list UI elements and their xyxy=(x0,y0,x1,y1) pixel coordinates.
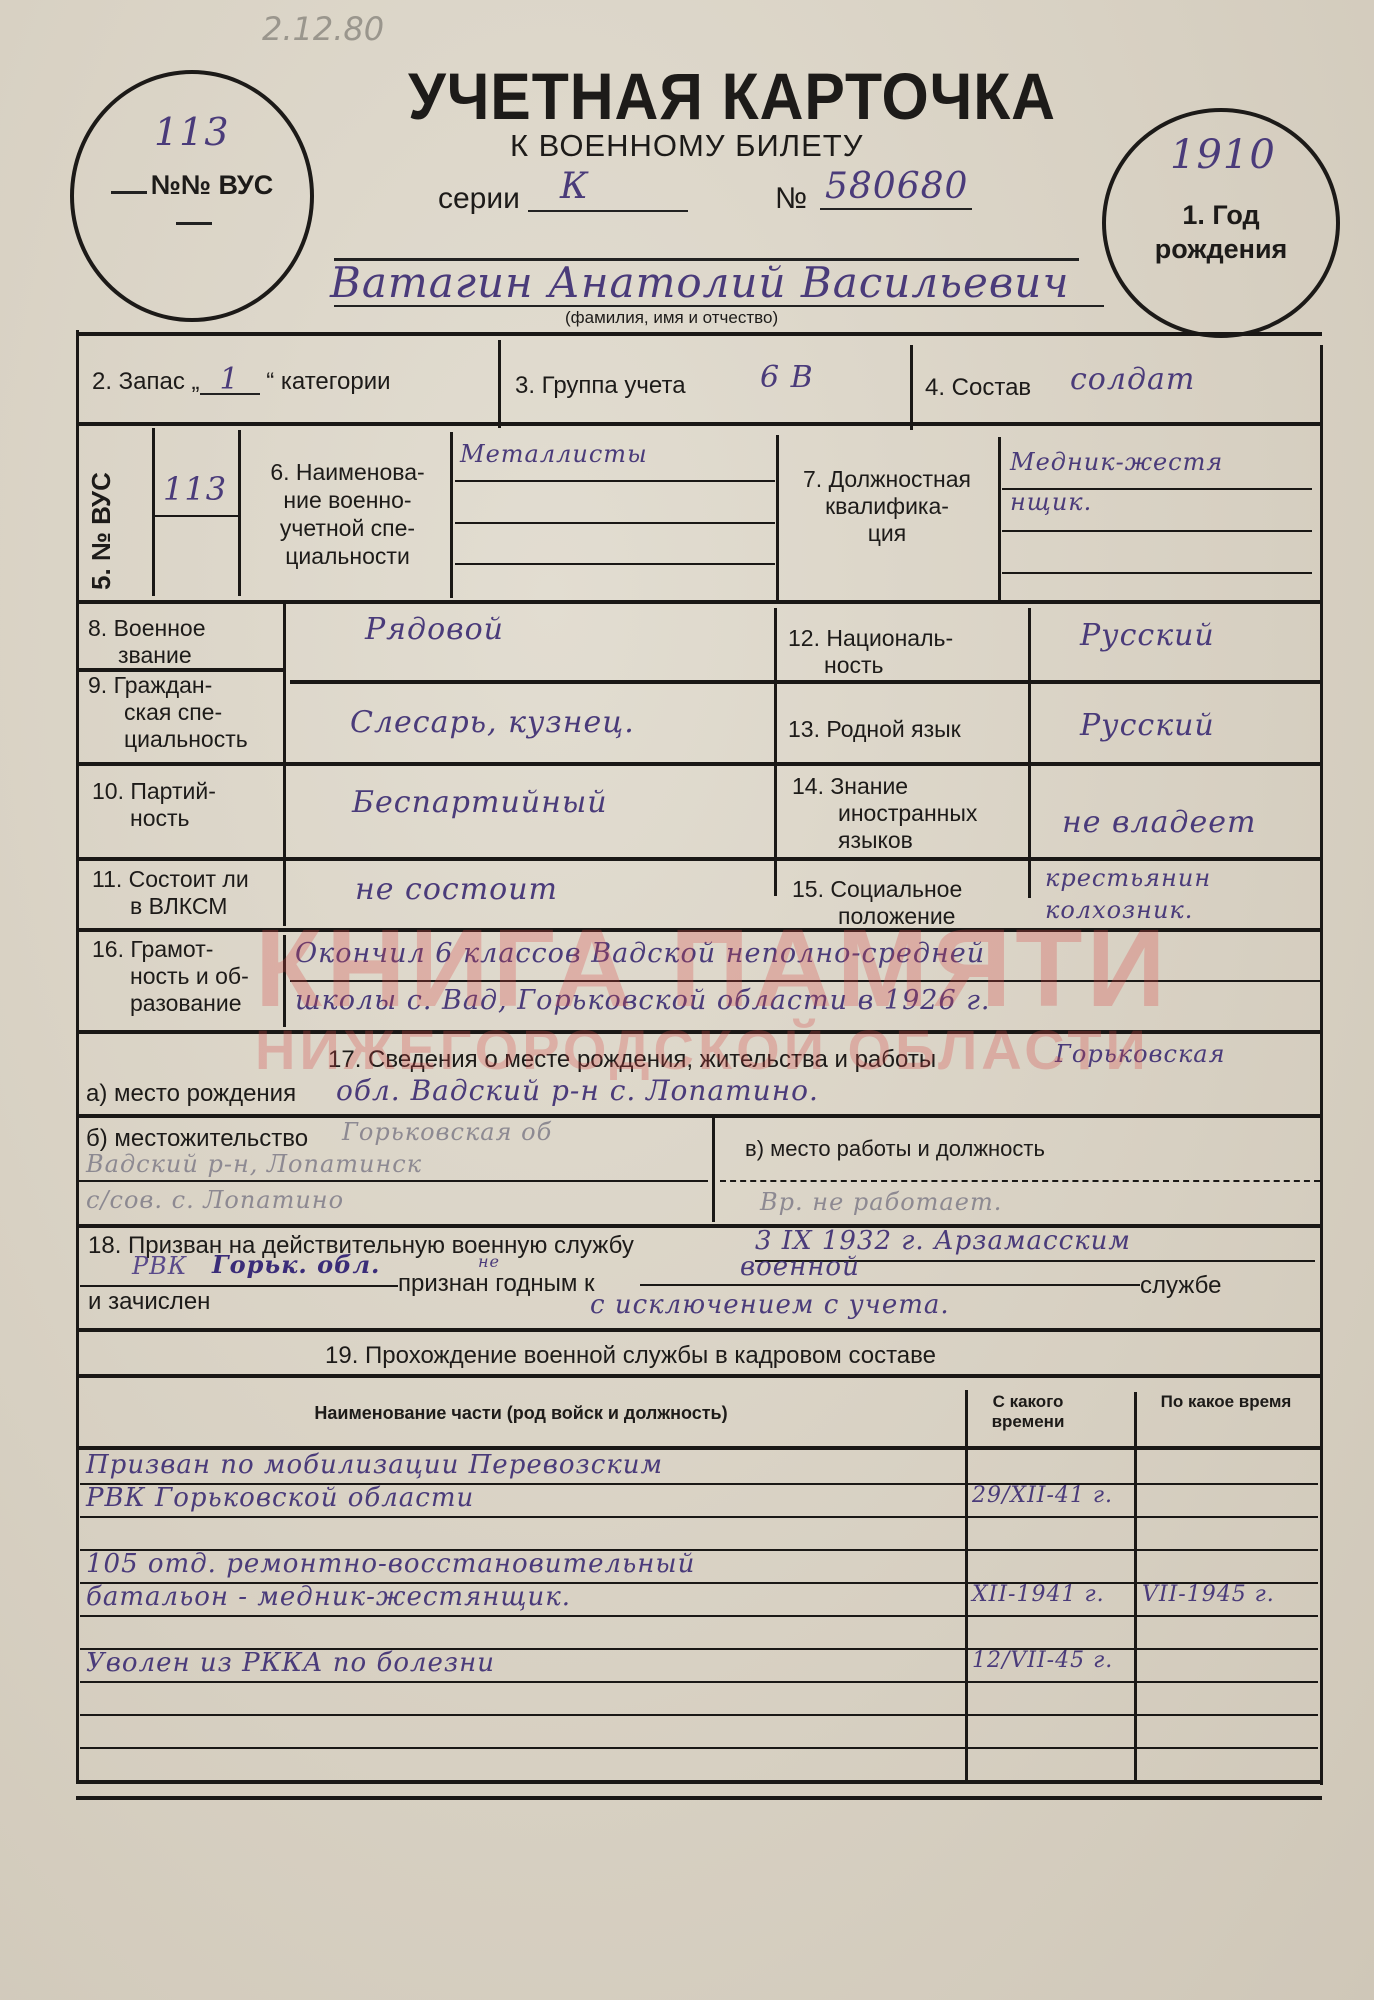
label-line: положение xyxy=(792,903,962,930)
party-value: Беспартийный xyxy=(352,785,608,820)
label-line: 15. Социальное xyxy=(792,876,962,903)
table-row: 105 отд. ремонтно-восстановительный xyxy=(0,1551,1374,1584)
label-line: 14. Знание xyxy=(792,773,977,800)
native-language-value: Русский xyxy=(1080,708,1215,743)
label-line: 9. Граждан- xyxy=(88,672,248,699)
enrolled-value: с исключением с учета. xyxy=(590,1290,950,1320)
vus-circle: 113 №№ ВУС xyxy=(70,70,314,322)
pencil-note: 2.12.80 xyxy=(262,10,384,48)
fit-label: признан годным к xyxy=(398,1270,595,1297)
rule xyxy=(76,928,1322,932)
rule xyxy=(152,515,238,517)
service-type-value: военной xyxy=(740,1252,860,1282)
from-cell: XII-1941 г. xyxy=(972,1582,1132,1607)
section18-rvk: РВК xyxy=(132,1252,187,1280)
work-value: Вр. не работает. xyxy=(760,1188,1002,1216)
composition-value: солдат xyxy=(1070,362,1195,397)
rank-label: 8. Военное звание xyxy=(88,615,205,669)
section17-title-value: Горьковская xyxy=(1055,1040,1226,1068)
unit-cell: Уволен из РККА по болезни xyxy=(86,1648,956,1678)
table-row xyxy=(0,1749,1374,1782)
label-line: звание xyxy=(88,642,205,669)
enrolled-label: и зачислен xyxy=(88,1288,210,1315)
table-row xyxy=(0,1683,1374,1716)
label-line: иностранных xyxy=(792,800,977,827)
rule xyxy=(76,1030,1322,1034)
table-bottom-border xyxy=(76,1796,1322,1800)
specialty-label: 6. Наименова- ние военно- учетной спе- ц… xyxy=(250,458,445,570)
label-line: 6. Наименова- xyxy=(250,458,445,486)
document-card: 2.12.80 УЧЕТНАЯ КАРТОЧКА К ВОЕННОМУ БИЛЕ… xyxy=(0,0,1374,2000)
label-line: 10. Партий- xyxy=(92,778,216,805)
label-line: разование xyxy=(92,990,249,1017)
rule xyxy=(450,432,453,598)
rule xyxy=(76,1780,1322,1784)
rule xyxy=(238,430,241,596)
number-value: 580680 xyxy=(825,166,968,207)
rule xyxy=(76,600,1322,604)
rule xyxy=(1002,530,1312,532)
foreign-languages-label: 14. Знание иностранных языков xyxy=(792,773,977,854)
table-row: батальон - медник-жестянщик.XII-1941 г.V… xyxy=(0,1584,1374,1617)
reserve-value: 1 xyxy=(200,366,260,395)
label-line: ская спе- xyxy=(88,699,248,726)
section19-title: 19. Прохождение военной службы в кадрово… xyxy=(325,1342,936,1369)
specialty-value: Металлисты xyxy=(460,440,648,468)
rule xyxy=(76,422,1322,426)
rule xyxy=(76,1328,1322,1332)
vus-circle-label-text: №№ ВУС xyxy=(151,170,273,200)
rule xyxy=(76,1180,708,1182)
rule xyxy=(80,1285,398,1287)
position-qualification-value-1: Медник-жестя xyxy=(1010,448,1223,476)
from-cell: 29/XII-41 г. xyxy=(972,1483,1132,1508)
label-line: в ВЛКСМ xyxy=(92,893,249,920)
rule xyxy=(776,435,779,600)
label-line: квалифика- xyxy=(782,493,992,520)
reserve-label-post: “ категории xyxy=(266,368,390,395)
position-qualification-value-2: нщик. xyxy=(1010,488,1092,516)
section17-title: 17. Сведения о месте рождения, жительств… xyxy=(328,1046,936,1073)
table-row xyxy=(0,1716,1374,1749)
label-line: ние военно- xyxy=(250,486,445,514)
composition-label: 4. Состав xyxy=(925,374,1031,401)
vus-circle-label: №№ ВУС xyxy=(92,170,292,232)
birthplace-value: обл. Вадский р-н с. Лопатино. xyxy=(336,1074,819,1107)
label-line: 7. Должностная xyxy=(782,466,992,493)
label-line: 11. Состоит ли xyxy=(92,866,249,893)
rule xyxy=(76,332,1322,336)
vus-no-value: 113 xyxy=(163,470,227,508)
birthplace-label: а) место рождения xyxy=(86,1080,296,1107)
foreign-languages-value: не владеет xyxy=(1062,805,1256,840)
label-line: ность xyxy=(92,805,216,832)
to-cell: VII-1945 г. xyxy=(1142,1582,1317,1607)
label-line: циальности xyxy=(250,542,445,570)
rule xyxy=(1028,608,1031,898)
civil-specialty-value: Слесарь, кузнец. xyxy=(350,705,635,740)
label-line: циальность xyxy=(88,726,248,753)
rule xyxy=(76,1374,1322,1378)
full-name-caption: (фамилия, имя и отчество) xyxy=(565,308,778,328)
rule xyxy=(76,857,1322,861)
rule xyxy=(76,762,1322,766)
from-cell: 12/VII-45 г. xyxy=(972,1648,1132,1673)
rank-value: Рядовой xyxy=(365,612,504,647)
group-label: 3. Группа учета xyxy=(515,372,686,399)
column-header-to: По какое время xyxy=(1136,1392,1316,1412)
rule xyxy=(290,980,1320,982)
komsomol-value: не состоит xyxy=(355,872,558,907)
social-status-value-1: крестьянин xyxy=(1045,864,1211,892)
label-line: ция xyxy=(782,520,992,547)
series-label: серии xyxy=(438,182,520,216)
social-status-value-2: колхозник. xyxy=(1045,896,1193,924)
unit-cell: батальон - медник-жестянщик. xyxy=(86,1582,956,1612)
group-value: 6 В xyxy=(760,360,814,395)
birth-year-circle: 1910 1. Год рождения xyxy=(1102,108,1340,338)
rule xyxy=(290,680,1322,684)
rule xyxy=(910,345,913,430)
series-value: К xyxy=(560,166,589,207)
unit-cell: Призван по мобилизации Перевозским xyxy=(86,1450,956,1480)
education-label: 16. Грамот- ность и об- разование xyxy=(92,936,249,1017)
table-row xyxy=(0,1617,1374,1650)
residence-value-3: с/сов. с. Лопатино xyxy=(86,1186,344,1214)
komsomol-label: 11. Состоит ли в ВЛКСМ xyxy=(92,866,249,920)
rule xyxy=(712,1118,715,1222)
vus-no-label: 5. № ВУС xyxy=(86,472,117,590)
work-label: в) место работы и должность xyxy=(745,1135,1045,1162)
birth-year-label-1: 1. Год xyxy=(1106,200,1336,231)
rule xyxy=(498,340,501,428)
full-name-value: Ватагин Анатолий Васильевич xyxy=(330,258,1069,307)
rule xyxy=(76,1114,1322,1118)
rule xyxy=(640,1284,1140,1286)
label-line: 8. Военное xyxy=(88,615,205,642)
label-line: языков xyxy=(792,827,977,854)
vus-circle-value: 113 xyxy=(154,110,230,154)
label-line: ность xyxy=(788,652,953,679)
education-value-2: школы с. Вад, Горьковской области в 1926… xyxy=(295,985,990,1016)
rule xyxy=(1002,572,1312,574)
rule xyxy=(720,1180,1320,1182)
civil-specialty-label: 9. Граждан- ская спе- циальность xyxy=(88,672,248,753)
name-underline xyxy=(334,305,1104,307)
card-subtitle: К ВОЕННОМУ БИЛЕТУ xyxy=(510,128,863,164)
rule xyxy=(774,608,777,896)
card-title: УЧЕТНАЯ КАРТОЧКА xyxy=(408,58,1056,134)
rule xyxy=(152,428,155,596)
series-underline xyxy=(528,210,688,212)
region-stamp: Горьк. обл. xyxy=(212,1250,380,1279)
rule xyxy=(76,1224,1322,1228)
residence-value-1: Горьковская об xyxy=(342,1118,552,1146)
number-underline xyxy=(820,208,972,210)
party-label: 10. Партий- ность xyxy=(92,778,216,832)
service-label: службе xyxy=(1140,1272,1221,1299)
reserve-label: 2. Запас „ xyxy=(92,368,200,395)
rule xyxy=(455,563,775,565)
label-line: 12. Националь- xyxy=(788,625,953,652)
nationality-label: 12. Националь- ность xyxy=(788,625,953,679)
rule xyxy=(455,522,775,524)
native-language-label: 13. Родной язык xyxy=(788,716,961,743)
label-line: ность и об- xyxy=(92,963,249,990)
reserve-field: 2. Запас „1 “ категории xyxy=(92,366,391,395)
social-status-label: 15. Социальное положение xyxy=(792,876,962,930)
table-row xyxy=(0,1518,1374,1551)
label-line: учетной спе- xyxy=(250,514,445,542)
rule xyxy=(283,935,286,1027)
unit-cell: 105 отд. ремонтно-восстановительный xyxy=(86,1549,956,1579)
residence-value-2: Вадский р-н, Лопатинск xyxy=(86,1150,422,1178)
table-row: Призван по мобилизации Перевозским xyxy=(0,1452,1374,1485)
label-line: 16. Грамот- xyxy=(92,936,249,963)
birth-year-label-2: рождения xyxy=(1106,234,1336,265)
residence-label: б) местожительство xyxy=(86,1125,308,1152)
table-row: Уволен из РККА по болезни12/VII-45 г. xyxy=(0,1650,1374,1683)
birth-year-value: 1910 xyxy=(1170,132,1276,178)
column-header-from: С какого времени xyxy=(968,1392,1088,1432)
rule xyxy=(998,437,1001,602)
number-label: № xyxy=(775,182,807,216)
column-header-unit: Наименование части (род войск и должност… xyxy=(76,1400,966,1427)
education-value-1: Окончил 6 классов Вадской неполно-средне… xyxy=(295,938,985,969)
position-qualification-label: 7. Должностная квалифика- ция xyxy=(782,466,992,547)
rule xyxy=(455,480,775,482)
nationality-value: Русский xyxy=(1080,618,1215,653)
table-row: РВК Горьковской области29/XII-41 г. xyxy=(0,1485,1374,1518)
not-mark: не xyxy=(478,1252,500,1271)
unit-cell: РВК Горьковской области xyxy=(86,1483,956,1513)
